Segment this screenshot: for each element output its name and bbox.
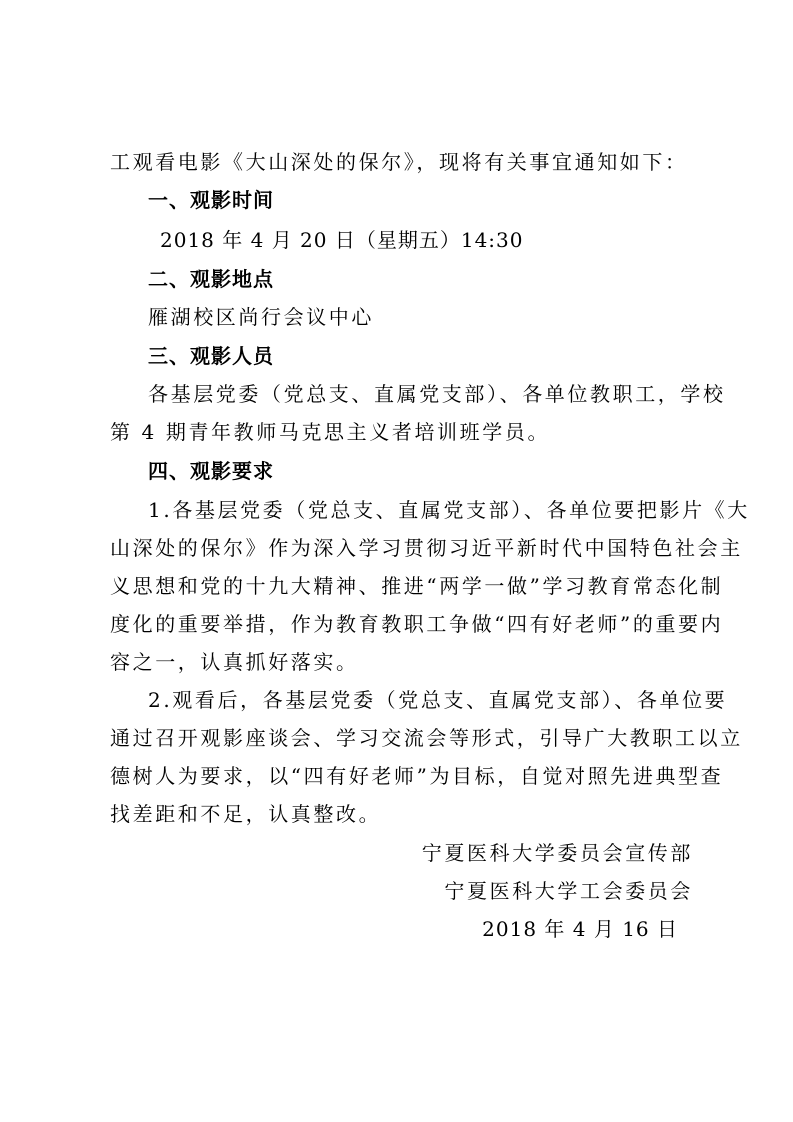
intro-line: 工观看电影《大山深处的保尔》，现将有关事宜通知如下： — [110, 150, 688, 174]
signature-org-union: 宁夏医科大学工会委员会 — [444, 879, 693, 903]
requirement-1-line-3: 义思想和党的十九大精神、推进“两学一做”学习教育常态化制 — [110, 574, 723, 598]
requirement-1-line-5: 容之一，认真抓好落实。 — [110, 650, 359, 674]
requirement-1-line-1: 1.各基层党委（党总支、直属党支部）、各单位要把影片《大 — [148, 498, 750, 522]
requirement-2-line-4: 找差距和不足，认真整改。 — [110, 802, 381, 826]
section-heading-time: 一、观影时间 — [148, 188, 274, 212]
section-heading-location: 二、观影地点 — [148, 267, 274, 291]
audience-text-line-1: 各基层党委（党总支、直属党支部）、各单位教职工，学校 — [148, 382, 726, 406]
requirement-1-line-4: 度化的重要举措，作为教育教职工争做“四有好老师”的重要内 — [110, 612, 723, 636]
requirement-2-line-1: 2.观看后，各基层党委（党总支、直属党支部）、各单位要 — [148, 688, 727, 712]
section-heading-requirements: 四、观影要求 — [148, 459, 274, 483]
requirement-2-line-2: 通过召开观影座谈会、学习交流会等形式，引导广大教职工以立 — [110, 726, 743, 750]
location-text: 雁湖校区尚行会议中心 — [148, 305, 374, 329]
requirement-2-line-3: 德树人为要求，以“四有好老师”为目标，自觉对照先进典型查 — [110, 764, 723, 788]
section-heading-audience: 三、观影人员 — [148, 344, 274, 368]
signature-org-publicity: 宁夏医科大学委员会宣传部 — [422, 841, 693, 865]
audience-text-line-2: 第 4 期青年教师马克思主义者培训班学员。 — [110, 420, 550, 444]
signature-date: 2018 年 4 月 16 日 — [482, 917, 678, 941]
requirement-1-line-2: 山深处的保尔》作为深入学习贯彻习近平新时代中国特色社会主 — [110, 536, 743, 560]
time-text: 2018 年 4 月 20 日（星期五）14:30 — [160, 228, 524, 252]
